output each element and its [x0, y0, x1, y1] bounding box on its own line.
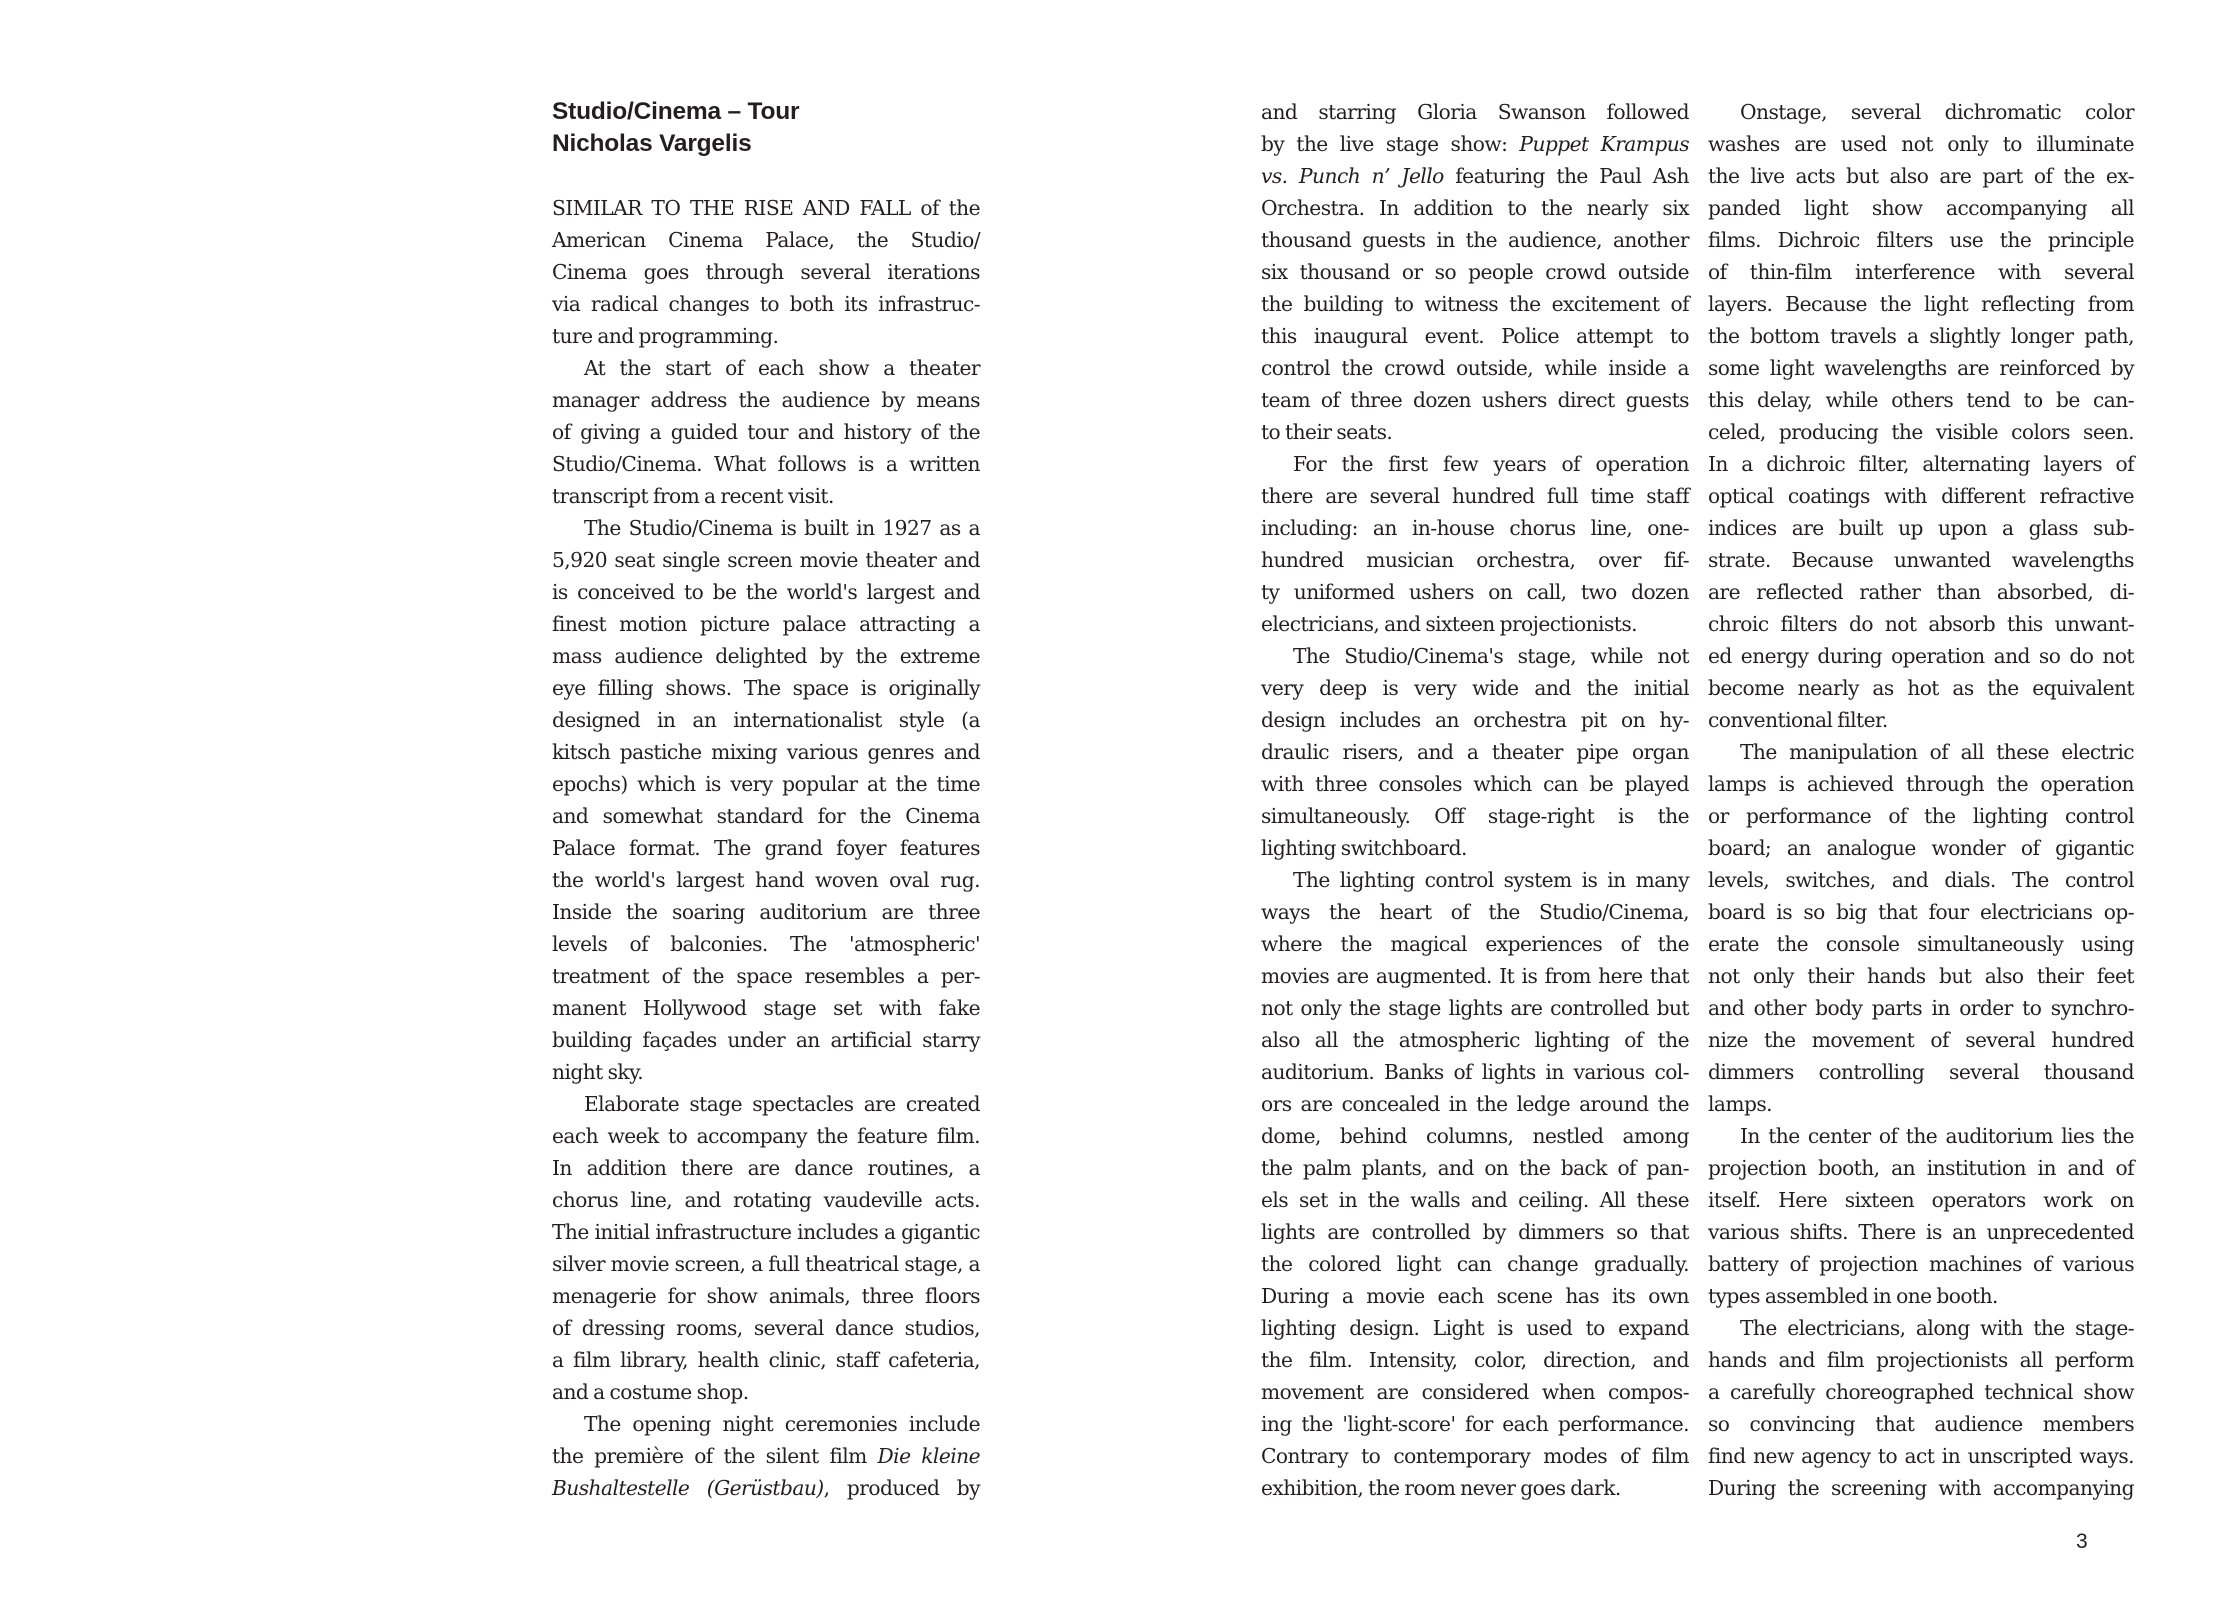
text-line: control the crowd outside, while inside …: [1261, 352, 1689, 384]
line-text: Studio/Cinema. What follows is a written: [552, 452, 980, 476]
line-text: strate. Because unwanted wavelengths: [1708, 548, 2134, 572]
line-text: the colored light can change gradually.: [1261, 1252, 1689, 1276]
line-text: indices are built up upon a glass sub-: [1708, 516, 2134, 540]
line-text: find new agency to act in unscripted way…: [1708, 1444, 2134, 1468]
text-line: chroic filters do not absorb this unwant…: [1708, 608, 2134, 640]
line-text: The initial infrastructure includes a gi…: [552, 1220, 980, 1244]
line-text: ty uniformed ushers on call, two dozen: [1261, 580, 1689, 604]
line-text: lamps.: [1708, 1092, 1772, 1116]
text-line: movies are augmented. It is from here th…: [1261, 960, 1689, 992]
line-text: electricians, and sixteen projectionists…: [1261, 612, 1637, 636]
text-line: epochs) which is very popular at the tim…: [552, 768, 980, 800]
line-text: layers. Because the light reflecting fro…: [1708, 292, 2134, 316]
line-text: a carefully choreographed technical show: [1708, 1380, 2134, 1404]
line-text: board is so big that four electricians o…: [1708, 900, 2134, 924]
text-line: Bushaltestelle (Gerüstbau), produced by: [552, 1472, 980, 1504]
text-column-2: and starring Gloria Swanson followedby t…: [1261, 96, 1689, 1504]
line-text: The Studio/Cinema is built in 1927 as a: [584, 516, 980, 540]
line-text: where the magical experiences of the: [1261, 932, 1689, 956]
line-text: very deep is very wide and the initial: [1261, 676, 1689, 700]
line-text: movies are augmented. It is from here th…: [1261, 964, 1689, 988]
line-text: simultaneously. Off stage-right is the: [1261, 804, 1689, 828]
line-text: of dressing rooms, several dance studios…: [552, 1316, 980, 1340]
text-line: manent Hollywood stage set with fake: [552, 992, 980, 1024]
line-text: movement are considered when compos-: [1261, 1380, 1689, 1404]
line-text: kitsch pastiche mixing various genres an…: [552, 740, 980, 764]
line-text: manent Hollywood stage set with fake: [552, 996, 980, 1020]
line-text: design includes an orchestra pit on hy-: [1261, 708, 1689, 732]
text-line: also all the atmospheric lighting of the: [1261, 1024, 1689, 1056]
text-line: The opening night ceremonies include: [552, 1408, 980, 1440]
line-text: types assembled in one booth.: [1708, 1284, 1998, 1308]
text-line: so convincing that audience members: [1708, 1408, 2134, 1440]
line-text: , produced by: [824, 1476, 980, 1500]
text-line: lighting design. Light is used to expand: [1261, 1312, 1689, 1344]
text-line: strate. Because unwanted wavelengths: [1708, 544, 2134, 576]
line-text: the film. Intensity, color, direction, a…: [1261, 1348, 1689, 1372]
line-text: mass audience delighted by the extreme: [552, 644, 980, 668]
line-text: ways the heart of the Studio/Cinema,: [1261, 900, 1689, 924]
line-text: menagerie for show animals, three floors: [552, 1284, 980, 1308]
text-line: board is so big that four electricians o…: [1708, 896, 2134, 928]
line-text: Inside the soaring auditorium are three: [552, 900, 980, 924]
text-line: 5,920 seat single screen movie theater a…: [552, 544, 980, 576]
text-line: various shifts. There is an unprecedente…: [1708, 1216, 2134, 1248]
text-line: by the live stage show: Puppet Krampus: [1261, 128, 1689, 160]
line-text: ed energy during operation and so do not: [1708, 644, 2134, 668]
line-text: featuring the Paul Ash: [1444, 164, 1689, 188]
text-line: indices are built up upon a glass sub-: [1708, 512, 2134, 544]
text-line: the palm plants, and on the back of pan-: [1261, 1152, 1689, 1184]
line-text: American Cinema Palace, the Studio/: [552, 228, 980, 252]
text-line: eye filling shows. The space is original…: [552, 672, 980, 704]
text-line: lamps is achieved through the operation: [1708, 768, 2134, 800]
text-line: the film. Intensity, color, direction, a…: [1261, 1344, 1689, 1376]
text-line: projection booth, an institution in and …: [1708, 1152, 2134, 1184]
line-text: chorus line, and rotating vaudeville act…: [552, 1188, 980, 1212]
text-line: vs. Punch n’ Jello featuring the Paul As…: [1261, 160, 1689, 192]
line-text: exhibition, the room never goes dark.: [1261, 1476, 1621, 1500]
line-text: erate the console simultaneously using: [1708, 932, 2134, 956]
line-text: washes are used not only to illuminate: [1708, 132, 2134, 156]
text-line: not only the stage lights are controlled…: [1261, 992, 1689, 1024]
text-line: very deep is very wide and the initial: [1261, 672, 1689, 704]
line-text: Elaborate stage spectacles are created: [584, 1092, 980, 1116]
text-line: transcript from a recent visit.: [552, 480, 980, 512]
italic-title: Puppet Krampus: [1519, 132, 1689, 156]
line-text: there are several hundred full time staf…: [1261, 484, 1689, 508]
line-text: via radical changes to both its infrastr…: [552, 292, 980, 316]
text-line: In addition there are dance routines, a: [552, 1152, 980, 1184]
text-line: the colored light can change gradually.: [1261, 1248, 1689, 1280]
text-line: board; an analogue wonder of gigantic: [1708, 832, 2134, 864]
line-text: treatment of the space resembles a per-: [552, 964, 980, 988]
text-line: building façades under an artificial sta…: [552, 1024, 980, 1056]
text-line: not only their hands but also their feet: [1708, 960, 2134, 992]
line-text: ing the 'light-score' for each performan…: [1261, 1412, 1689, 1436]
text-line: dome, behind columns, nestled among: [1261, 1120, 1689, 1152]
text-line: of dressing rooms, several dance studios…: [552, 1312, 980, 1344]
line-text: this inaugural event. Police attempt to: [1261, 324, 1689, 348]
text-line: electricians, and sixteen projectionists…: [1261, 608, 1689, 640]
article-title: Studio/Cinema – Tour: [552, 96, 799, 128]
text-line: design includes an orchestra pit on hy-: [1261, 704, 1689, 736]
line-text: of thin-film interference with several: [1708, 260, 2134, 284]
line-text: hundred musician orchestra, over fif-: [1261, 548, 1689, 572]
text-line: manager address the audience by means: [552, 384, 980, 416]
line-text: The opening night ceremonies include: [584, 1412, 980, 1436]
line-text: with three consoles which can be played: [1261, 772, 1689, 796]
line-text: including: an in-house chorus line, one-: [1261, 516, 1689, 540]
line-text: battery of projection machines of variou…: [1708, 1252, 2134, 1276]
line-text: building façades under an artificial sta…: [552, 1028, 980, 1052]
line-text: the building to witness the excitement o…: [1261, 292, 1689, 316]
line-text: levels of balconies. The 'atmospheric': [552, 932, 980, 956]
text-line: conventional filter.: [1708, 704, 2134, 736]
line-text: eye filling shows. The space is original…: [552, 676, 980, 700]
line-text: At the start of each show a theater: [584, 356, 980, 380]
line-text: optical coatings with different refracti…: [1708, 484, 2134, 508]
line-text: night sky.: [552, 1060, 643, 1084]
line-text: board; an analogue wonder of gigantic: [1708, 836, 2134, 860]
line-text: transcript from a recent visit.: [552, 484, 834, 508]
text-line: this delay, while others tend to be can-: [1708, 384, 2134, 416]
text-line: chorus line, and rotating vaudeville act…: [552, 1184, 980, 1216]
line-text: or performance of the lighting control: [1708, 804, 2134, 828]
text-line: lights are controlled by dimmers so that: [1261, 1216, 1689, 1248]
text-line: team of three dozen ushers direct guests: [1261, 384, 1689, 416]
text-line: and starring Gloria Swanson followed: [1261, 96, 1689, 128]
line-text: dome, behind columns, nestled among: [1261, 1124, 1689, 1148]
line-text: Orchestra. In addition to the nearly six: [1261, 196, 1689, 220]
line-text: the live acts but also are part of the e…: [1708, 164, 2134, 188]
line-text: chroic filters do not absorb this unwant…: [1708, 612, 2134, 636]
text-line: this inaugural event. Police attempt to: [1261, 320, 1689, 352]
text-line: layers. Because the light reflecting fro…: [1708, 288, 2134, 320]
text-line: are reflected rather than absorbed, di-: [1708, 576, 2134, 608]
text-line: become nearly as hot as the equivalent: [1708, 672, 2134, 704]
text-column-1: SIMILAR TO THE RISE AND FALL of theAmeri…: [552, 192, 980, 1504]
line-text: ture and programming.: [552, 324, 778, 348]
text-line: or performance of the lighting control: [1708, 800, 2134, 832]
text-line: and other body parts in order to synchro…: [1708, 992, 2134, 1024]
text-line: night sky.: [552, 1056, 980, 1088]
line-text: els set in the walls and ceiling. All th…: [1261, 1188, 1689, 1212]
line-text: and other body parts in order to synchro…: [1708, 996, 2134, 1020]
line-text: the palm plants, and on the back of pan-: [1261, 1156, 1689, 1180]
text-line: of giving a guided tour and history of t…: [552, 416, 980, 448]
line-text: itself. Here sixteen operators work on: [1708, 1188, 2134, 1212]
line-text: celed, producing the visible colors seen…: [1708, 420, 2134, 444]
text-line: a film library, health clinic, staff caf…: [552, 1344, 980, 1376]
text-line: ors are concealed in the ledge around th…: [1261, 1088, 1689, 1120]
text-line: treatment of the space resembles a per-: [552, 960, 980, 992]
text-line: At the start of each show a theater: [552, 352, 980, 384]
italic-title: Bushaltestelle (Gerüstbau): [552, 1476, 824, 1500]
italic-title: Die kleine: [878, 1444, 980, 1468]
text-line: Inside the soaring auditorium are three: [552, 896, 980, 928]
text-line: erate the console simultaneously using: [1708, 928, 2134, 960]
article-author: Nicholas Vargelis: [552, 128, 799, 160]
text-line: panded light show accompanying all: [1708, 192, 2134, 224]
text-line: The Studio/Cinema is built in 1927 as a: [552, 512, 980, 544]
line-text: nize the movement of several hundred: [1708, 1028, 2134, 1052]
line-text: films. Dichroic filters use the principl…: [1708, 228, 2134, 252]
text-line: els set in the walls and ceiling. All th…: [1261, 1184, 1689, 1216]
line-text: designed in an internationalist style (a: [552, 708, 980, 732]
line-text: and a costume shop.: [552, 1380, 749, 1404]
line-text: are reflected rather than absorbed, di-: [1708, 580, 2134, 604]
line-text: this delay, while others tend to be can-: [1708, 388, 2134, 412]
line-text: is conceived to be the world's largest a…: [552, 580, 980, 604]
text-line: hundred musician orchestra, over fif-: [1261, 544, 1689, 576]
text-line: levels, switches, and dials. The control: [1708, 864, 2134, 896]
italic-title: vs. Punch n’ Jello: [1261, 164, 1444, 188]
line-text: epochs) which is very popular at the tim…: [552, 772, 980, 796]
text-line: find new agency to act in unscripted way…: [1708, 1440, 2134, 1472]
text-line: with three consoles which can be played: [1261, 768, 1689, 800]
line-text: by the live stage show:: [1261, 132, 1519, 156]
line-text: In addition there are dance routines, a: [552, 1156, 980, 1180]
text-line: ed energy during operation and so do not: [1708, 640, 2134, 672]
line-text: thousand guests in the audience, another: [1261, 228, 1689, 252]
line-text: and somewhat standard for the Cinema: [552, 804, 980, 828]
text-line: there are several hundred full time staf…: [1261, 480, 1689, 512]
line-text: also all the atmospheric lighting of the: [1261, 1028, 1689, 1052]
line-text: lights are controlled by dimmers so that: [1261, 1220, 1689, 1244]
text-line: via radical changes to both its infrastr…: [552, 288, 980, 320]
text-line: itself. Here sixteen operators work on: [1708, 1184, 2134, 1216]
text-line: ture and programming.: [552, 320, 980, 352]
line-text: Palace format. The grand foyer features: [552, 836, 980, 860]
line-text: lighting switchboard.: [1261, 836, 1467, 860]
text-line: designed in an internationalist style (a: [552, 704, 980, 736]
line-text: team of three dozen ushers direct guests: [1261, 388, 1689, 412]
line-text: The manipulation of all these electric: [1740, 740, 2134, 764]
text-line: lighting switchboard.: [1261, 832, 1689, 864]
line-text: a film library, health clinic, staff caf…: [552, 1348, 980, 1372]
text-line: some light wavelengths are reinforced by: [1708, 352, 2134, 384]
article-heading: Studio/Cinema – Tour Nicholas Vargelis: [552, 96, 799, 160]
text-line: hands and film projectionists all perfor…: [1708, 1344, 2134, 1376]
line-text: silver movie screen, a full theatrical s…: [552, 1252, 980, 1276]
line-text: For the first few years of operation: [1293, 452, 1689, 476]
text-line: Studio/Cinema. What follows is a written: [552, 448, 980, 480]
line-text: to their seats.: [1261, 420, 1392, 444]
text-line: ways the heart of the Studio/Cinema,: [1261, 896, 1689, 928]
line-text: not only their hands but also their feet: [1708, 964, 2134, 988]
text-line: The electricians, along with the stage-: [1708, 1312, 2134, 1344]
text-line: finest motion picture palace attracting …: [552, 608, 980, 640]
line-text: During the screening with accompanying: [1708, 1476, 2134, 1500]
text-line: thousand guests in the audience, another: [1261, 224, 1689, 256]
text-line: lamps.: [1708, 1088, 2134, 1120]
text-line: During the screening with accompanying: [1708, 1472, 2134, 1504]
line-text: become nearly as hot as the equivalent: [1708, 676, 2134, 700]
text-line: and somewhat standard for the Cinema: [552, 800, 980, 832]
line-text: panded light show accompanying all: [1708, 196, 2134, 220]
line-text: each week to accompany the feature film.: [552, 1124, 980, 1148]
line-text: not only the stage lights are controlled…: [1261, 996, 1689, 1020]
text-line: American Cinema Palace, the Studio/: [552, 224, 980, 256]
text-line: draulic risers, and a theater pipe organ: [1261, 736, 1689, 768]
line-text: Contrary to contemporary modes of film: [1261, 1444, 1689, 1468]
text-line: the world's largest hand woven oval rug.: [552, 864, 980, 896]
text-line: movement are considered when compos-: [1261, 1376, 1689, 1408]
line-text: of giving a guided tour and history of t…: [552, 420, 980, 444]
text-line: In the center of the auditorium lies the: [1708, 1120, 2134, 1152]
line-text: The Studio/Cinema's stage, while not: [1293, 644, 1689, 668]
line-text: lamps is achieved through the operation: [1708, 772, 2134, 796]
text-line: The manipulation of all these electric: [1708, 736, 2134, 768]
line-text: some light wavelengths are reinforced by: [1708, 356, 2134, 380]
line-text: manager address the audience by means: [552, 388, 980, 412]
line-text: finest motion picture palace attracting …: [552, 612, 980, 636]
text-line: six thousand or so people crowd outside: [1261, 256, 1689, 288]
text-line: Cinema goes through several iterations: [552, 256, 980, 288]
text-line: ty uniformed ushers on call, two dozen: [1261, 576, 1689, 608]
text-line: washes are used not only to illuminate: [1708, 128, 2134, 160]
page-number: 3: [2076, 1530, 2088, 1554]
line-text: 5,920 seat single screen movie theater a…: [552, 548, 980, 572]
text-line: Orchestra. In addition to the nearly six: [1261, 192, 1689, 224]
text-line: to their seats.: [1261, 416, 1689, 448]
line-text: control the crowd outside, while inside …: [1261, 356, 1689, 380]
text-line: levels of balconies. The 'atmospheric': [552, 928, 980, 960]
text-line: nize the movement of several hundred: [1708, 1024, 2134, 1056]
text-line: including: an in-house chorus line, one-: [1261, 512, 1689, 544]
line-text: the bottom travels a slightly longer pat…: [1708, 324, 2134, 348]
text-line: films. Dichroic filters use the principl…: [1708, 224, 2134, 256]
text-line: types assembled in one booth.: [1708, 1280, 2134, 1312]
text-line: Onstage, several dichromatic color: [1708, 96, 2134, 128]
text-line: auditorium. Banks of lights in various c…: [1261, 1056, 1689, 1088]
text-line: menagerie for show animals, three floors: [552, 1280, 980, 1312]
line-text: so convincing that audience members: [1708, 1412, 2134, 1436]
line-text: and starring Gloria Swanson followed: [1261, 100, 1689, 124]
line-text: SIMILAR TO THE RISE AND FALL of the: [552, 196, 980, 220]
text-line: optical coatings with different refracti…: [1708, 480, 2134, 512]
line-text: various shifts. There is an unprecedente…: [1708, 1220, 2134, 1244]
text-line: mass audience delighted by the extreme: [552, 640, 980, 672]
line-text: levels, switches, and dials. The control: [1708, 868, 2134, 892]
text-line: each week to accompany the feature film.: [552, 1120, 980, 1152]
line-text: Onstage, several dichromatic color: [1740, 100, 2134, 124]
line-text: auditorium. Banks of lights in various c…: [1261, 1060, 1689, 1084]
text-line: dimmers controlling several thousand: [1708, 1056, 2134, 1088]
text-line: silver movie screen, a full theatrical s…: [552, 1248, 980, 1280]
line-text: the world's largest hand woven oval rug.: [552, 868, 980, 892]
text-line: The initial infrastructure includes a gi…: [552, 1216, 980, 1248]
text-line: a carefully choreographed technical show: [1708, 1376, 2134, 1408]
line-text: lighting design. Light is used to expand: [1261, 1316, 1689, 1340]
line-text: draulic risers, and a theater pipe organ: [1261, 740, 1689, 764]
text-line: Elaborate stage spectacles are created: [552, 1088, 980, 1120]
text-line: the building to witness the excitement o…: [1261, 288, 1689, 320]
line-text: hands and film projectionists all perfor…: [1708, 1348, 2134, 1372]
text-line: battery of projection machines of variou…: [1708, 1248, 2134, 1280]
text-line: In a dichroic filter, alternating layers…: [1708, 448, 2134, 480]
text-line: celed, producing the visible colors seen…: [1708, 416, 2134, 448]
line-text: the première of the silent film: [552, 1444, 878, 1468]
line-text: projection booth, an institution in and …: [1708, 1156, 2134, 1180]
text-line: For the first few years of operation: [1261, 448, 1689, 480]
text-line: simultaneously. Off stage-right is the: [1261, 800, 1689, 832]
line-text: conventional filter.: [1708, 708, 1888, 732]
text-line: of thin-film interference with several: [1708, 256, 2134, 288]
text-line: where the magical experiences of the: [1261, 928, 1689, 960]
line-text: dimmers controlling several thousand: [1708, 1060, 2134, 1084]
text-line: is conceived to be the world's largest a…: [552, 576, 980, 608]
text-line: Palace format. The grand foyer features: [552, 832, 980, 864]
text-line: The lighting control system is in many: [1261, 864, 1689, 896]
text-line: ing the 'light-score' for each performan…: [1261, 1408, 1689, 1440]
text-line: SIMILAR TO THE RISE AND FALL of the: [552, 192, 980, 224]
text-line: During a movie each scene has its own: [1261, 1280, 1689, 1312]
line-text: Cinema goes through several iterations: [552, 260, 980, 284]
text-line: and a costume shop.: [552, 1376, 980, 1408]
line-text: During a movie each scene has its own: [1261, 1284, 1689, 1308]
text-line: the live acts but also are part of the e…: [1708, 160, 2134, 192]
text-line: Contrary to contemporary modes of film: [1261, 1440, 1689, 1472]
line-text: The electricians, along with the stage-: [1740, 1316, 2134, 1340]
text-line: The Studio/Cinema's stage, while not: [1261, 640, 1689, 672]
line-text: The lighting control system is in many: [1293, 868, 1689, 892]
text-line: kitsch pastiche mixing various genres an…: [552, 736, 980, 768]
line-text: In a dichroic filter, alternating layers…: [1708, 452, 2134, 476]
text-line: exhibition, the room never goes dark.: [1261, 1472, 1689, 1504]
line-text: In the center of the auditorium lies the: [1740, 1124, 2134, 1148]
text-line: the première of the silent film Die klei…: [552, 1440, 980, 1472]
text-column-3: Onstage, several dichromatic colorwashes…: [1708, 96, 2134, 1504]
line-text: ors are concealed in the ledge around th…: [1261, 1092, 1689, 1116]
line-text: six thousand or so people crowd outside: [1261, 260, 1689, 284]
text-line: the bottom travels a slightly longer pat…: [1708, 320, 2134, 352]
